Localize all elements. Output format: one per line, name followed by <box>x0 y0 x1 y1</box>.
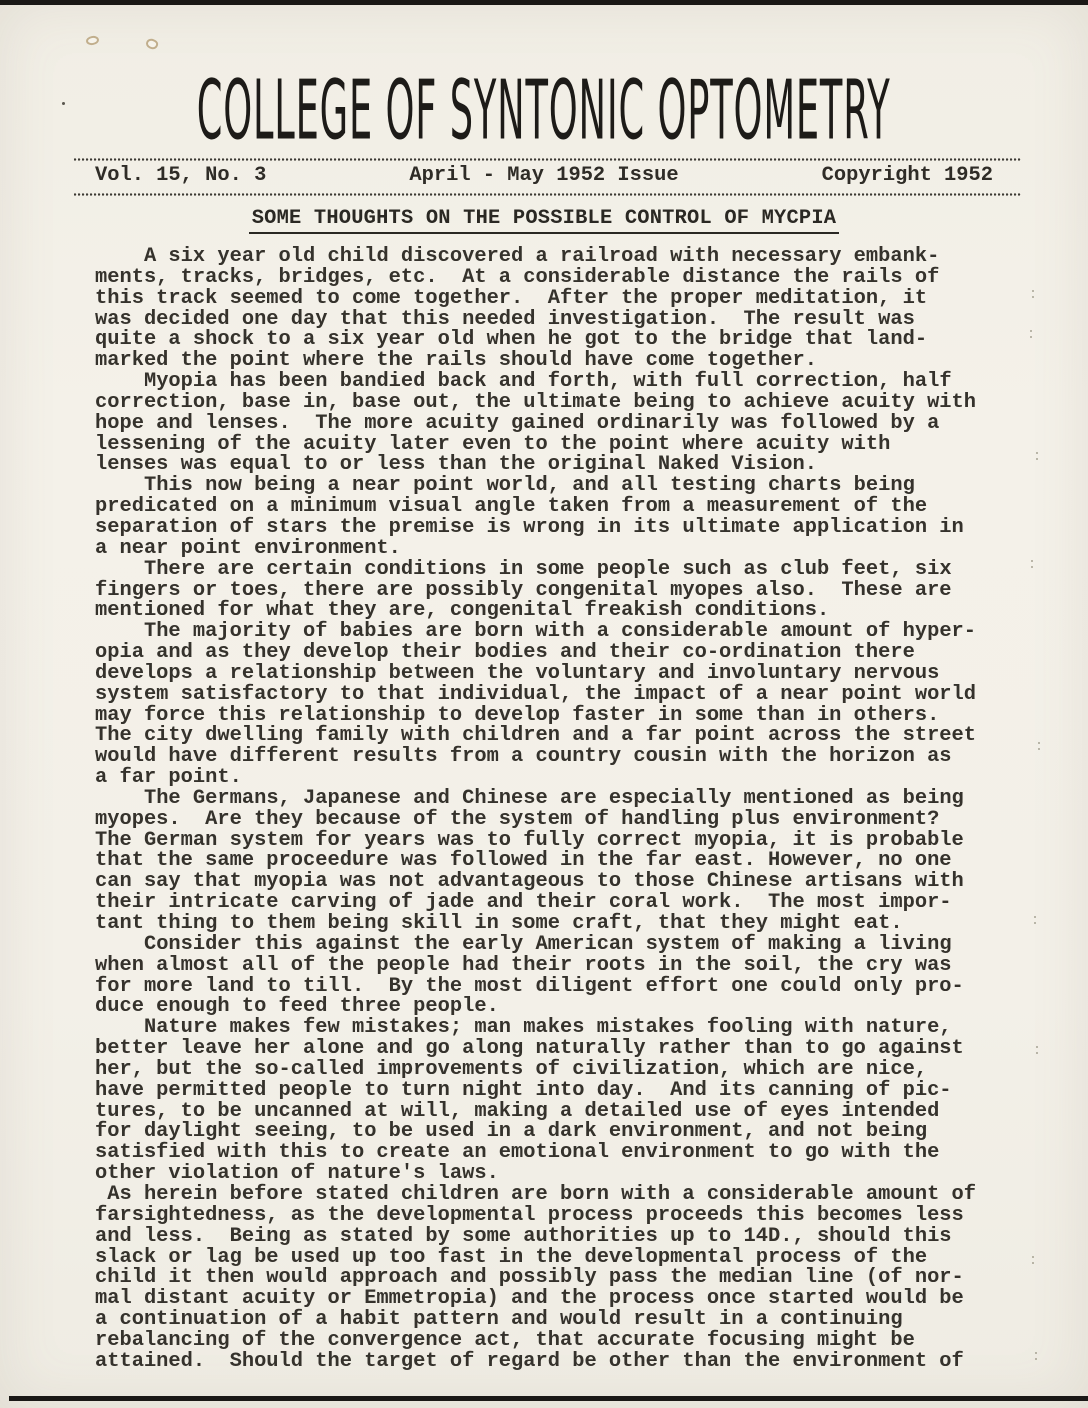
paragraph: Myopia has been bandied back and forth, … <box>95 372 1010 476</box>
paragraph: There are certain conditions in some peo… <box>95 560 1010 623</box>
scan-noise-speck <box>1035 1352 1037 1354</box>
volume-number: Vol. 15, No. 3 <box>95 162 266 190</box>
copyright-notice: Copyright 1952 <box>822 162 993 190</box>
article-body: A six year old child discovered a railro… <box>95 247 1010 1373</box>
scan-noise-speck <box>1034 916 1036 918</box>
paragraph: A six year old child discovered a railro… <box>95 247 1010 372</box>
scan-edge-bottom <box>9 1396 1088 1401</box>
paragraph: Consider this against the early American… <box>95 935 1010 1018</box>
paper-hole-speck <box>144 37 159 51</box>
article-headline-text: SOME THOUGHTS ON THE POSSIBLE CONTROL OF… <box>249 207 840 234</box>
issue-date: April - May 1952 Issue <box>409 162 678 190</box>
paragraph: This now being a near point world, and a… <box>95 476 1010 559</box>
scan-noise-speck <box>1036 1046 1038 1048</box>
scan-noise-speck <box>1038 742 1040 744</box>
article-headline: SOME THOUGHTS ON THE POSSIBLE CONTROL OF… <box>0 207 1088 234</box>
masthead: COLLEGE OF SYNTONIC OPTOMETRY <box>0 62 1088 116</box>
scan-edge-top <box>0 0 1088 5</box>
dotted-rule-bottom <box>74 193 1022 196</box>
dotted-rule-top <box>74 158 1022 161</box>
scan-noise-speck <box>1032 290 1034 292</box>
scan-noise-speck <box>1036 452 1038 454</box>
issue-info-row: Vol. 15, No. 3 April - May 1952 Issue Co… <box>95 162 993 190</box>
paper-hole-speck <box>85 35 99 46</box>
scan-noise-speck <box>1032 1256 1034 1258</box>
scan-noise-speck <box>1030 330 1032 332</box>
paragraph: Nature makes few mistakes; man makes mis… <box>95 1018 1010 1185</box>
paragraph: The majority of babies are born with a c… <box>95 622 1010 789</box>
scan-noise-speck <box>1031 560 1033 562</box>
masthead-title: COLLEGE OF SYNTONIC OPTOMETRY <box>197 62 891 158</box>
scanned-newsletter-page: COLLEGE OF SYNTONIC OPTOMETRY Vol. 15, N… <box>0 0 1088 1408</box>
paragraph: The Germans, Japanese and Chinese are es… <box>95 789 1010 935</box>
paragraph: As herein before stated children are bor… <box>95 1185 1010 1373</box>
